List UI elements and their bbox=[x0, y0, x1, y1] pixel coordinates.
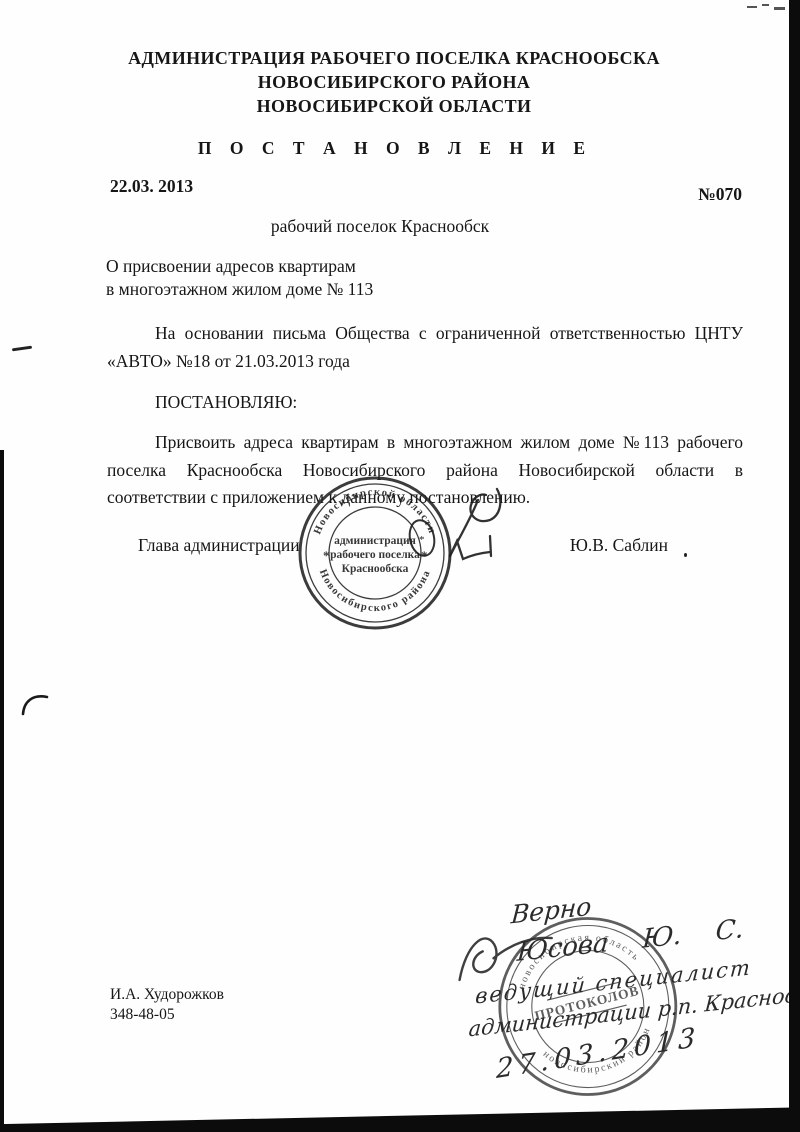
executor-phone: 348-48-05 bbox=[110, 1005, 224, 1025]
scanned-document-page: АДМИНИСТРАЦИЯ РАБОЧЕГО ПОСЕЛКА КРАСНООБС… bbox=[0, 0, 800, 1132]
place-line: рабочий поселок Краснообск bbox=[0, 216, 760, 237]
basis-paragraph: На основании письма Общества с ограничен… bbox=[107, 320, 743, 375]
org-name-line3: НОВОСИБИРСКОЙ ОБЛАСТИ bbox=[60, 94, 728, 118]
subject-block: О присвоении адресов квартирам в многоэт… bbox=[106, 255, 373, 301]
org-name-line1: АДМИНИСТРАЦИЯ РАБОЧЕГО ПОСЕЛКА КРАСНООБС… bbox=[60, 46, 728, 70]
subject-line1: О присвоении адресов квартирам bbox=[106, 255, 373, 278]
pen-dash-artifact bbox=[12, 346, 32, 352]
scan-edge-left bbox=[0, 450, 4, 1132]
resolve-word: ПОСТАНОВЛЯЮ: bbox=[155, 392, 297, 413]
ink-dot-artifact bbox=[684, 553, 687, 557]
signature-ink: * bbox=[400, 465, 520, 575]
org-header: АДМИНИСТРАЦИЯ РАБОЧЕГО ПОСЕЛКА КРАСНООБС… bbox=[60, 46, 728, 118]
head-signature-flourish: * bbox=[400, 465, 520, 575]
pen-curve-artifact bbox=[20, 690, 50, 716]
scan-speck-3 bbox=[774, 7, 785, 10]
certification-handwriting: Верно Юсова Ю. С. ведущий специалист адм… bbox=[451, 867, 800, 1121]
scan-edge-right bbox=[789, 0, 800, 1116]
scan-edge-bottom bbox=[0, 1104, 800, 1132]
subject-line2: в многоэтажном жилом доме № 113 bbox=[106, 278, 373, 301]
signature-name: Ю.В. Саблин bbox=[570, 535, 668, 556]
seal-center-line3: Краснообска bbox=[342, 563, 409, 575]
executor-block: И.А. Худорожков 348-48-05 bbox=[110, 985, 224, 1025]
signature-title: Глава администрации bbox=[138, 535, 300, 556]
signature-row: Глава администрации Ю.В. Саблин bbox=[138, 535, 668, 556]
scan-speck-2 bbox=[762, 4, 769, 6]
scan-speck-1 bbox=[747, 6, 757, 8]
executor-name: И.А. Худорожков bbox=[110, 985, 224, 1005]
document-date: 22.03. 2013 bbox=[110, 176, 193, 205]
document-number: №070 bbox=[698, 184, 742, 205]
document-type-title: П О С Т А Н О В Л Е Н И Е bbox=[0, 138, 790, 159]
date-number-row: 22.03. 2013 №070 bbox=[110, 176, 742, 205]
org-name-line2: НОВОСИБИРСКОГО РАЙОНА bbox=[60, 70, 728, 94]
